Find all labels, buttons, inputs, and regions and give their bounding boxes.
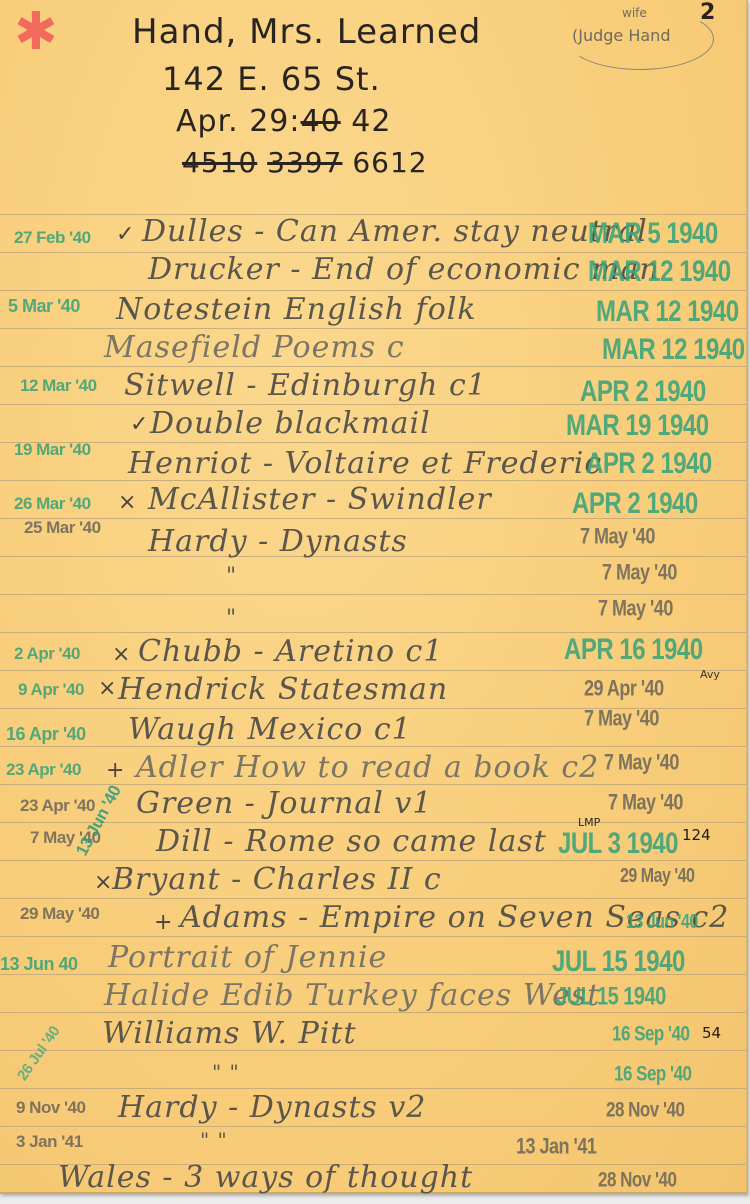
return-stamp: MAR 12 1940	[596, 295, 739, 330]
checkout-stamp: 29 May '40	[20, 904, 99, 924]
checkout-stamp: 23 Apr '40	[6, 760, 81, 780]
book-title: Henriot - Voltaire et Frederic	[128, 446, 602, 481]
x-mark-icon: ×	[112, 642, 130, 667]
plus-mark-icon: +	[154, 910, 172, 935]
checkout-stamp: 9 Apr '40	[18, 680, 84, 700]
x-mark-icon: ×	[118, 490, 136, 515]
return-stamp: 28 Nov '40	[606, 1098, 684, 1123]
book-title: Portrait of Jennie	[108, 940, 387, 975]
checkout-stamp: 12 Mar '40	[20, 376, 97, 396]
check-mark-icon: ✓	[116, 222, 134, 247]
return-stamp: JUL 3 1940	[558, 827, 678, 862]
book-title: Notestein English folk	[116, 292, 477, 327]
checkout-stamp: 27 Feb '40	[14, 228, 91, 248]
checkout-stamp: 26 Mar '40	[14, 494, 91, 514]
book-title: Hendrick Statesman	[118, 672, 448, 707]
return-stamp: 16 Sep '40	[612, 1022, 690, 1047]
plus-mark-icon: +	[106, 758, 124, 783]
expiry-current: 42	[351, 104, 391, 139]
expiry-struck: 40	[301, 104, 341, 139]
book-title: Green - Journal v1	[136, 786, 432, 821]
book-title: Bryant - Charles II c	[112, 862, 442, 897]
return-stamp: 13 Jan '41	[516, 1133, 596, 1159]
number-current: 6612	[352, 146, 427, 179]
x-mark-icon: ×	[98, 676, 116, 701]
borrower-name: Hand, Mrs. Learned	[132, 12, 481, 52]
return-stamp: 7 May '40	[584, 705, 659, 731]
book-title: Dill - Rome so came last	[156, 824, 547, 859]
return-stamp: 7 May '40	[604, 749, 679, 775]
book-title: Masefield Poems c	[104, 330, 405, 365]
book-title: Drucker - End of economic man	[148, 252, 660, 287]
margin-note-avy: Avy	[700, 668, 720, 681]
x-mark-icon: ×	[94, 870, 112, 895]
borrower-address: 142 E. 65 St.	[162, 60, 381, 98]
return-stamp: 7 May '40	[608, 789, 683, 815]
annotation-bracket	[566, 8, 714, 70]
book-title: Hardy - Dynasts v2	[118, 1090, 426, 1125]
ditto-mark: "	[226, 564, 237, 589]
return-stamp: MAR 12 1940	[602, 333, 745, 368]
return-stamp: JUL 15 1940	[552, 945, 685, 980]
return-stamp: 29 Apr '40	[584, 675, 664, 701]
return-stamp: APR 2 1940	[572, 487, 698, 522]
checkout-stamp: 13 Jun 40	[0, 954, 78, 975]
book-title: Williams W. Pitt	[102, 1016, 357, 1051]
return-stamp: 7 May '40	[602, 559, 677, 585]
checkout-stamp: 19 Mar '40	[14, 440, 91, 460]
return-stamp: APR 16 1940	[564, 633, 703, 668]
checkout-stamp: 9 Nov '40	[16, 1098, 85, 1118]
expiry-prefix: Apr. 29:	[176, 104, 301, 139]
book-title: Waugh Mexico c1	[128, 712, 412, 747]
return-stamp: 7 May '40	[580, 523, 655, 549]
page-number: 2	[700, 0, 716, 25]
book-title: Wales - 3 ways of thought	[58, 1160, 473, 1195]
return-stamp: APR 2 1940	[586, 447, 712, 482]
return-stamp: MAR 12 1940	[588, 255, 731, 290]
number-struck-1: 4510	[182, 146, 257, 179]
check-mark-icon: ✓	[130, 412, 148, 437]
return-stamp: 7 May '40	[598, 595, 673, 621]
return-stamp: APR 2 1940	[580, 375, 706, 410]
return-stamp: 29 May '40	[620, 866, 694, 889]
book-title: Hardy - Dynasts	[148, 524, 408, 559]
asterisk-icon: ✱	[14, 6, 58, 58]
book-title: Halide Edib Turkey faces West	[104, 978, 600, 1013]
checkout-stamp: 25 Mar '40	[24, 518, 101, 538]
book-title: Chubb - Aretino c1	[138, 634, 443, 669]
return-stamp: 16 Sep '40	[614, 1062, 692, 1087]
return-stamp: 13 Jun '40	[626, 912, 698, 935]
library-card: ✱ 2 Hand, Mrs. Learned wife (Judge Hand …	[0, 0, 748, 1194]
return-stamp: MAR 5 1940	[588, 217, 718, 252]
number-struck-2: 3397	[267, 146, 342, 179]
checkout-stamp: 16 Apr '40	[6, 724, 86, 745]
book-title: Dulles - Can Amer. stay neutral	[142, 214, 648, 249]
checkout-stamp: 23 Apr '40	[20, 796, 95, 816]
book-title: Double blackmail	[150, 406, 431, 441]
rotated-checkout-stamp: 26 Jul '40	[14, 1023, 63, 1083]
return-stamp: MAR 19 1940	[566, 409, 709, 444]
ditto-mark: " "	[200, 1128, 228, 1152]
return-stamp: JUL 15 1940	[556, 983, 666, 1012]
checkout-stamp: 5 Mar '40	[8, 296, 80, 317]
ditto-mark: "	[226, 606, 237, 631]
book-title: Sitwell - Edinburgh c1	[124, 368, 487, 403]
margin-note-54: 54	[702, 1024, 721, 1042]
card-numbers: 4510 3397 6612	[182, 146, 428, 179]
checkout-stamp: 3 Jan '41	[16, 1132, 83, 1152]
expiry-line: Apr. 29:40 42	[176, 104, 391, 139]
return-stamp: 28 Nov '40	[598, 1168, 676, 1193]
ditto-mark: " "	[212, 1060, 240, 1084]
checkout-stamp: 2 Apr '40	[14, 644, 80, 664]
book-title: McAllister - Swindler	[148, 482, 492, 517]
margin-note-124: 124	[682, 826, 711, 844]
book-title: Adler How to read a book c2	[136, 750, 599, 785]
